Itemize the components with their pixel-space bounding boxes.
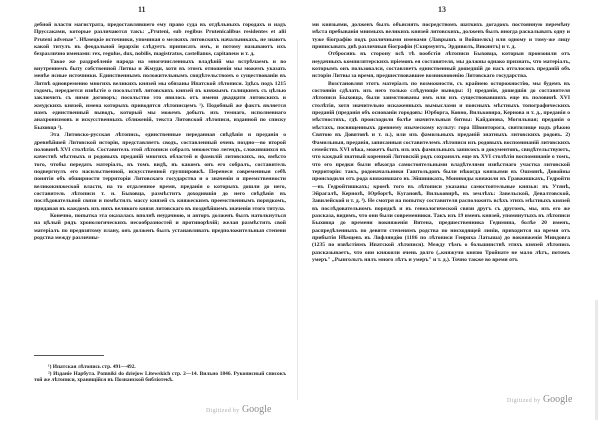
footnote-divider	[34, 355, 104, 356]
right-page: 13 ми князьями, долженъ былъ объяснять п…	[302, 0, 600, 430]
page-gutter	[297, 40, 298, 400]
page-edge-shadow	[595, 300, 598, 420]
paragraph: дебной власти магистрата, предоставлявше…	[34, 22, 286, 59]
google-watermark: Digitized by Google	[206, 404, 271, 415]
watermark-prefix: Digitized by	[507, 398, 540, 404]
paragraph: Отбросивъ въ сторону всѣ тѣ вообстія лѣт…	[312, 51, 570, 80]
paragraph: Конечно, попытка эта оказалась вполнѣ не…	[34, 213, 286, 242]
page-number: 13	[438, 5, 446, 14]
paragraph: ми князьями, долженъ былъ объяснять поср…	[312, 22, 570, 51]
page-number: 11	[138, 5, 146, 14]
footnotes: ¹) Ипатская лѣтопись стр. 491—492. ²) Из…	[34, 364, 286, 384]
paragraph: Такое же раздробленіе народа на многочис…	[34, 59, 286, 132]
left-page: 11 дебной власти магистрата, предоставля…	[0, 0, 298, 430]
body-text: ми князьями, долженъ былъ объяснять поср…	[312, 22, 570, 264]
footnote: ¹) Ипатская лѣтопись стр. 491—492.	[34, 364, 286, 371]
paragraph: Возстановляя этотъ матеріалъ по возможно…	[312, 81, 570, 265]
google-watermark: Digitized by Google	[507, 394, 572, 405]
watermark-brand: Google	[242, 404, 271, 415]
footnote: ²) Изданіе Нарбута. Pomniki do dziejow L…	[34, 371, 286, 384]
paragraph: Эта Литовско-русская лѣтопись, единствен…	[34, 132, 286, 213]
body-text: дебной власти магистрата, предоставлявше…	[34, 22, 286, 242]
watermark-prefix: Digitized by	[206, 408, 239, 414]
watermark-brand: Google	[543, 394, 572, 405]
